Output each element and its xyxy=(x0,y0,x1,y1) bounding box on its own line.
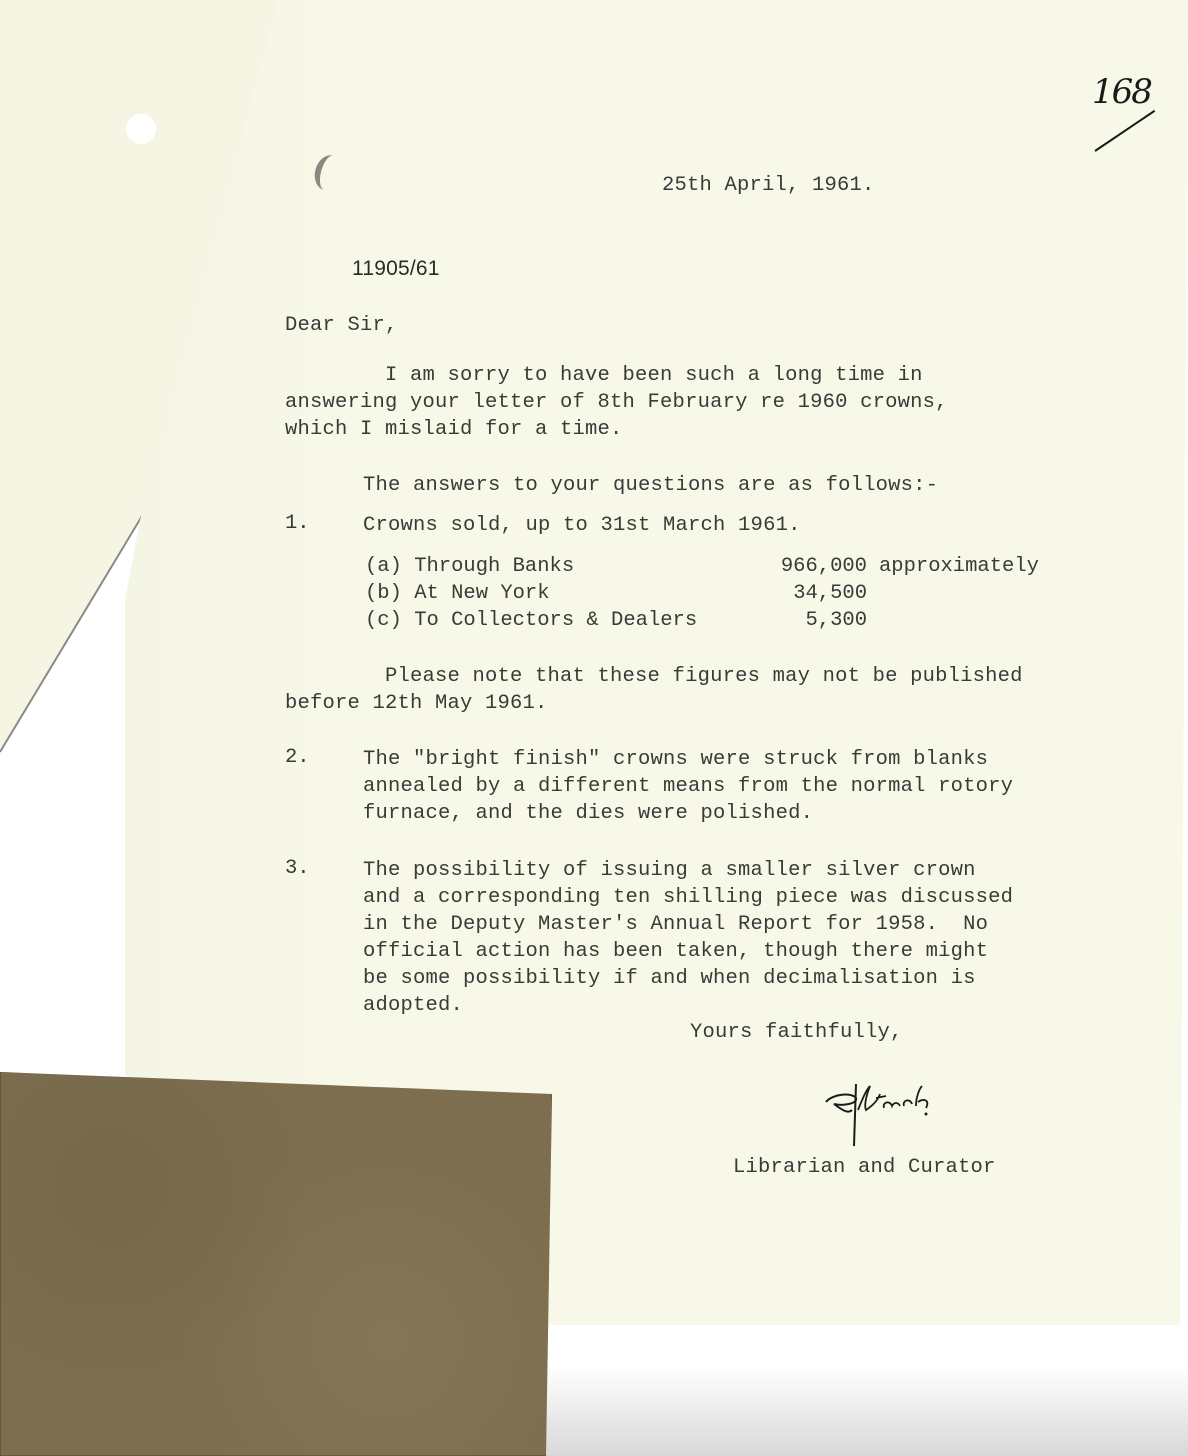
sales-note xyxy=(867,607,879,634)
sales-value: 966,000 xyxy=(765,553,867,580)
sales-row: (a) Through Banks 966,000 approximately xyxy=(365,553,1039,580)
signature xyxy=(822,1080,942,1150)
publication-note: Please note that these figures may not b… xyxy=(285,663,1023,717)
sales-label: (a) Through Banks xyxy=(365,553,765,580)
sales-note xyxy=(867,580,879,607)
item-2-text: The "bright finish" crowns were struck f… xyxy=(363,746,1013,827)
answers-intro: The answers to your questions are as fol… xyxy=(363,472,938,499)
item-1-text: Crowns sold, up to 31st March 1961. xyxy=(363,512,801,539)
sales-label: (b) At New York xyxy=(365,580,765,607)
letter-date: 25th April, 1961. xyxy=(662,172,875,199)
punch-hole xyxy=(126,114,156,144)
reference-number: 11905/61 xyxy=(352,255,440,282)
sales-note: approximately xyxy=(867,553,1039,580)
folio-number: 168 xyxy=(1092,72,1151,112)
kraft-card xyxy=(0,1072,552,1456)
item-1-number: 1. xyxy=(285,512,310,535)
sales-label: (c) To Collectors & Dealers xyxy=(365,607,765,634)
sales-value: 34,500 xyxy=(765,580,867,607)
item-2-number: 2. xyxy=(285,746,310,769)
sales-row: (b) At New York 34,500 xyxy=(365,580,1039,607)
item-3-number: 3. xyxy=(285,857,310,880)
sales-value: 5,300 xyxy=(765,607,867,634)
sales-row: (c) To Collectors & Dealers 5,300 xyxy=(365,607,1039,634)
salutation: Dear Sir, xyxy=(285,312,398,339)
closing: Yours faithfully, xyxy=(690,1019,903,1046)
opening-paragraph: I am sorry to have been such a long time… xyxy=(285,362,948,443)
sales-table: (a) Through Banks 966,000 approximately … xyxy=(365,553,1039,634)
signatory-title: Librarian and Curator xyxy=(733,1154,996,1181)
item-3-text: The possibility of issuing a smaller sil… xyxy=(363,857,1013,1019)
